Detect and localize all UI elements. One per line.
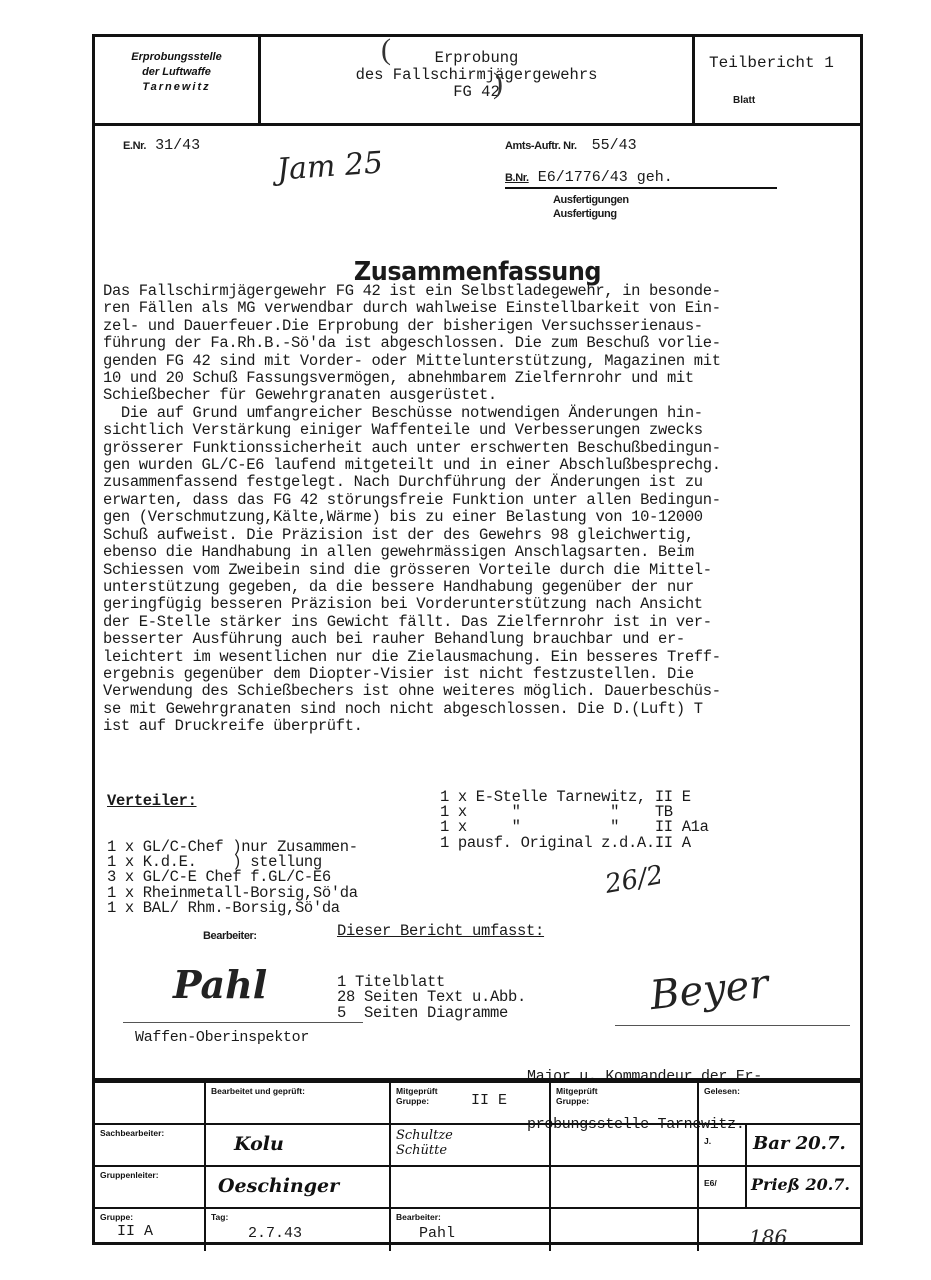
amts-auftrag: Amts-Auftr. Nr. 55/43 xyxy=(505,137,637,154)
summary-line: ist auf Druckreife überprüft. xyxy=(103,718,863,735)
cell-empty xyxy=(550,1124,698,1166)
summary-line: zel- und Dauerfeuer.Die Erprobung der bi… xyxy=(103,318,863,335)
handwritten-mark: 26/2 xyxy=(603,860,666,900)
left-signature: Pahl xyxy=(173,962,267,1007)
distribution-entry: 1 x BAL/ Rhm.-Borsig,Sö'da xyxy=(107,901,358,916)
subject-line: Erprobung xyxy=(261,50,692,67)
cell-sachbearbeiter-label: Sachbearbeiter: xyxy=(95,1124,205,1166)
summary-line: gen wurden GL/C-E6 laufend mitgeteilt un… xyxy=(103,457,863,474)
cell-bearbeitet: Bearbeitet und geprüft: xyxy=(205,1082,390,1124)
summary-line: Die auf Grund umfangreicher Beschüsse no… xyxy=(103,405,863,422)
cell-empty xyxy=(390,1166,550,1208)
b-nr: B.Nr. E6/1776/43 geh. xyxy=(505,169,777,189)
report-label: Teilbericht 1 xyxy=(709,54,834,72)
distribution-right: 1 x E-Stelle Tarnewitz, II E1 x " " TB1 … xyxy=(440,790,709,851)
cell-gruppenleiter-label: Gruppenleiter: xyxy=(95,1166,205,1208)
bracket-open: ( xyxy=(381,41,391,58)
cell-empty xyxy=(550,1208,698,1251)
summary-line: ren Fällen als MG verwendbar durch wahlw… xyxy=(103,300,863,317)
summary-line: genden FG 42 sind mit Vorder- oder Mitte… xyxy=(103,353,863,370)
page-number: 186 xyxy=(749,1225,787,1249)
subject-line: des Fallschirmjägergewehrs xyxy=(261,67,692,84)
distribution-entry: 1 pausf. Original z.d.A.II A xyxy=(440,836,709,851)
cell-schultze-sig: Schultze Schütte xyxy=(390,1124,550,1166)
subject-cell: ( Erprobung des Fallschirmjägergewehrs F… xyxy=(261,37,695,123)
bearbeiter-label: Bearbeiter: xyxy=(203,930,257,942)
amts-value: 55/43 xyxy=(592,137,637,154)
summary-line: sichtlich Verstärkung einiger Waffenteil… xyxy=(103,422,863,439)
summary-line: grösserer Funktionssicherheit auch unter… xyxy=(103,440,863,457)
bracket-close: ) xyxy=(493,75,503,92)
footer-table: Bearbeitet und geprüft: Mitgeprüft Grupp… xyxy=(95,1078,860,1251)
b-nr-value: E6/1776/43 geh. xyxy=(538,169,673,186)
right-signature-line xyxy=(615,1025,850,1026)
left-signature-line xyxy=(123,1022,363,1023)
summary-line: Schuß aufweist. Die Präzision ist der de… xyxy=(103,527,863,544)
office-line: Tarnewitz xyxy=(95,80,258,95)
office-stamp: Erprobungsstelle der Luftwaffe Tarnewitz xyxy=(95,37,261,123)
left-signature-title: Waffen-Oberinspektor xyxy=(135,1030,309,1046)
contents-items: 1 Titelblatt28 Seiten Text u.Abb.5 Seite… xyxy=(337,975,544,1022)
summary-line: gen (Verschmutzung,Kälte,Wärme) bis zu e… xyxy=(103,509,863,526)
summary-line: erwarten, dass das FG 42 störungsfreie F… xyxy=(103,492,863,509)
cell-bearbeiter: Bearbeiter: Pahl xyxy=(390,1208,550,1251)
cell-page-number: 186 xyxy=(698,1208,860,1251)
summary-line: geringfügig besseren Präzision bei Vorde… xyxy=(103,596,863,613)
summary-line: besserter Ausführung auch bei rauher Beh… xyxy=(103,631,863,648)
summary-line: Schießbecher für Gewehrgranaten ausgerüs… xyxy=(103,387,863,404)
summary-line: Das Fallschirmjägergewehr FG 42 ist ein … xyxy=(103,283,863,300)
cell-e6-signature: Prieß 20.7. xyxy=(746,1166,860,1208)
report-contents: Dieser Bericht umfasst: 1 Titelblatt28 S… xyxy=(337,893,544,1052)
summary-line: se mit Gewehrgranaten sind noch nicht ab… xyxy=(103,701,863,718)
cell-e6-label: E6/ xyxy=(698,1166,746,1208)
summary-line: ergebnis gegenüber dem Diopter-Visier is… xyxy=(103,666,863,683)
subject-line: FG 42 xyxy=(261,84,692,101)
summary-line: der E-Stelle stärker ins Gewicht fällt. … xyxy=(103,614,863,631)
summary-line: 10 und 20 Schuß Fassungsvermögen, abnehm… xyxy=(103,370,863,387)
cell-gelesen: Gelesen: xyxy=(698,1082,860,1124)
summary-line: ebenso die Handhabung in allen gewehrmäs… xyxy=(103,544,863,561)
cell-empty xyxy=(95,1082,205,1124)
cell-empty xyxy=(550,1166,698,1208)
cell-gruppe: Gruppe: II A xyxy=(95,1208,205,1251)
summary-body: Das Fallschirmjägergewehr FG 42 ist ein … xyxy=(103,283,863,736)
cell-tag: Tag: 2.7.43 xyxy=(205,1208,390,1251)
right-signature: Beyer xyxy=(648,961,771,1019)
e-nr: E.Nr. 31/43 xyxy=(123,137,200,154)
header-row: Erprobungsstelle der Luftwaffe Tarnewitz… xyxy=(95,37,860,126)
office-line: Erprobungsstelle xyxy=(95,50,258,65)
sheet-label: Blatt xyxy=(733,95,755,106)
cell-mitgeprueft-1: Mitgeprüft Gruppe: II E xyxy=(390,1082,550,1124)
e-nr-value: 31/43 xyxy=(155,137,200,154)
cell-sachbearbeiter-sig: Kolu xyxy=(205,1124,390,1166)
cell-j-signature: Bar 20.7. xyxy=(746,1124,860,1166)
summary-line: leichtert im wesentlichen nur die Zielau… xyxy=(103,649,863,666)
distribution-left: 1 x GL/C-Chef )nur Zusammen-1 x K.d.E. )… xyxy=(107,840,358,916)
summary-line: Schiessen vom Zweibein sind die grössere… xyxy=(103,562,863,579)
office-line: der Luftwaffe xyxy=(95,65,258,80)
summary-line: führung der Fa.Rh.B.-Sö'da ist abgeschlo… xyxy=(103,335,863,352)
summary-line: zusammenfassend festgelegt. Nach Durchfü… xyxy=(103,474,863,491)
ausfertigungen-label: Ausfertigungen xyxy=(553,194,629,206)
report-cell: Teilbericht 1 Blatt xyxy=(695,37,860,123)
contents-title: Dieser Bericht umfasst: xyxy=(337,924,544,940)
document-frame: Erprobungsstelle der Luftwaffe Tarnewitz… xyxy=(92,34,863,1245)
summary-line: Verwendung des Schießbechers ist ohne we… xyxy=(103,683,863,700)
summary-line: unterstützung gegeben, da die bessere Ha… xyxy=(103,579,863,596)
distribution-list: Verteiler: 1 x GL/C-Chef )nur Zusammen-1… xyxy=(107,764,358,946)
cell-mitgeprueft-2: Mitgeprüft Gruppe: xyxy=(550,1082,698,1124)
cell-gruppenleiter-sig: Oeschinger xyxy=(205,1166,390,1208)
contents-item: 5 Seiten Diagramme xyxy=(337,1006,544,1022)
distribution-title: Verteiler: xyxy=(107,794,358,809)
ausfertigung-label: Ausfertigung xyxy=(553,208,617,220)
handwritten-note: Jam 25 xyxy=(276,145,384,187)
cell-j-label: J. xyxy=(698,1124,746,1166)
